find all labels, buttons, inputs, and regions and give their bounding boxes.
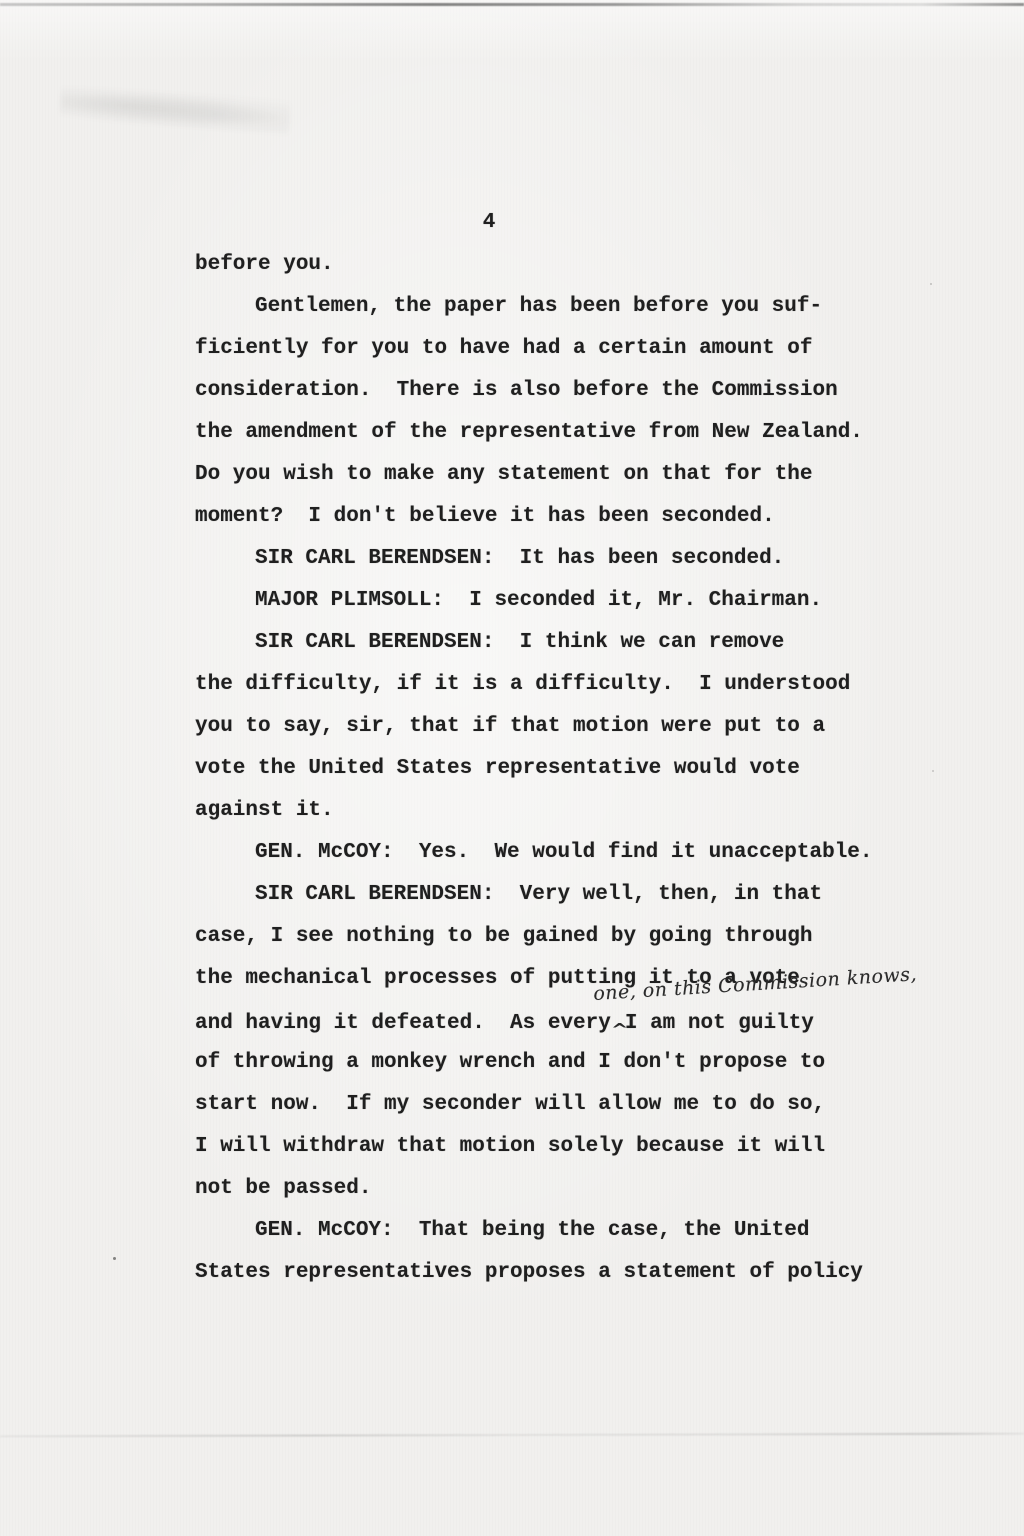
text-after-caret: I am not guilty (625, 1012, 814, 1035)
text-line: SIR CARL BERENDSEN: I think we can remov… (195, 622, 955, 664)
text-line: moment? I don't believe it has been seco… (195, 496, 955, 538)
text-line: not be passed. (195, 1168, 955, 1210)
text-line: consideration. There is also before the … (195, 370, 955, 412)
text-line: SIR CARL BERENDSEN: Very well, then, in … (195, 874, 955, 916)
text-line: the amendment of the representative from… (195, 412, 955, 454)
text-line: GEN. McCOY: That being the case, the Uni… (195, 1210, 955, 1252)
insertion-caret-mark: ^ (611, 1013, 625, 1047)
text-line: States representatives proposes a statem… (195, 1252, 955, 1294)
paper-crease (0, 1433, 1024, 1438)
text-line-with-insertion: and having it defeated. As every^I am no… (195, 1000, 955, 1042)
page-number: 4 (0, 211, 978, 234)
text-line: Gentlemen, the paper has been before you… (195, 286, 955, 328)
text-line: vote the United States representative wo… (195, 748, 955, 790)
text-line: SIR CARL BERENDSEN: It has been seconded… (195, 538, 955, 580)
text-line: the difficulty, if it is a difficulty. I… (195, 664, 955, 706)
smudge-mark (59, 84, 291, 134)
text-before-caret: and having it defeated. As every (195, 1012, 611, 1035)
scanned-page: 4 before you. Gentlemen, the paper has b… (0, 0, 1024, 1536)
text-line: start now. If my seconder will allow me … (195, 1084, 955, 1126)
text-line: ficiently for you to have had a certain … (195, 328, 955, 370)
transcript-text: before you. Gentlemen, the paper has bee… (195, 244, 955, 1294)
text-line: MAJOR PLIMSOLL: I seconded it, Mr. Chair… (195, 580, 955, 622)
text-line: you to say, sir, that if that motion wer… (195, 706, 955, 748)
ink-speck (113, 1257, 116, 1260)
text-line: against it. (195, 790, 955, 832)
scan-top-edge (0, 3, 1024, 6)
text-line: GEN. McCOY: Yes. We would find it unacce… (195, 832, 955, 874)
text-line: Do you wish to make any statement on tha… (195, 454, 955, 496)
text-line: I will withdraw that motion solely becau… (195, 1126, 955, 1168)
text-line: of throwing a monkey wrench and I don't … (195, 1042, 955, 1084)
text-line: before you. (195, 244, 955, 286)
text-line: case, I see nothing to be gained by goin… (195, 916, 955, 958)
